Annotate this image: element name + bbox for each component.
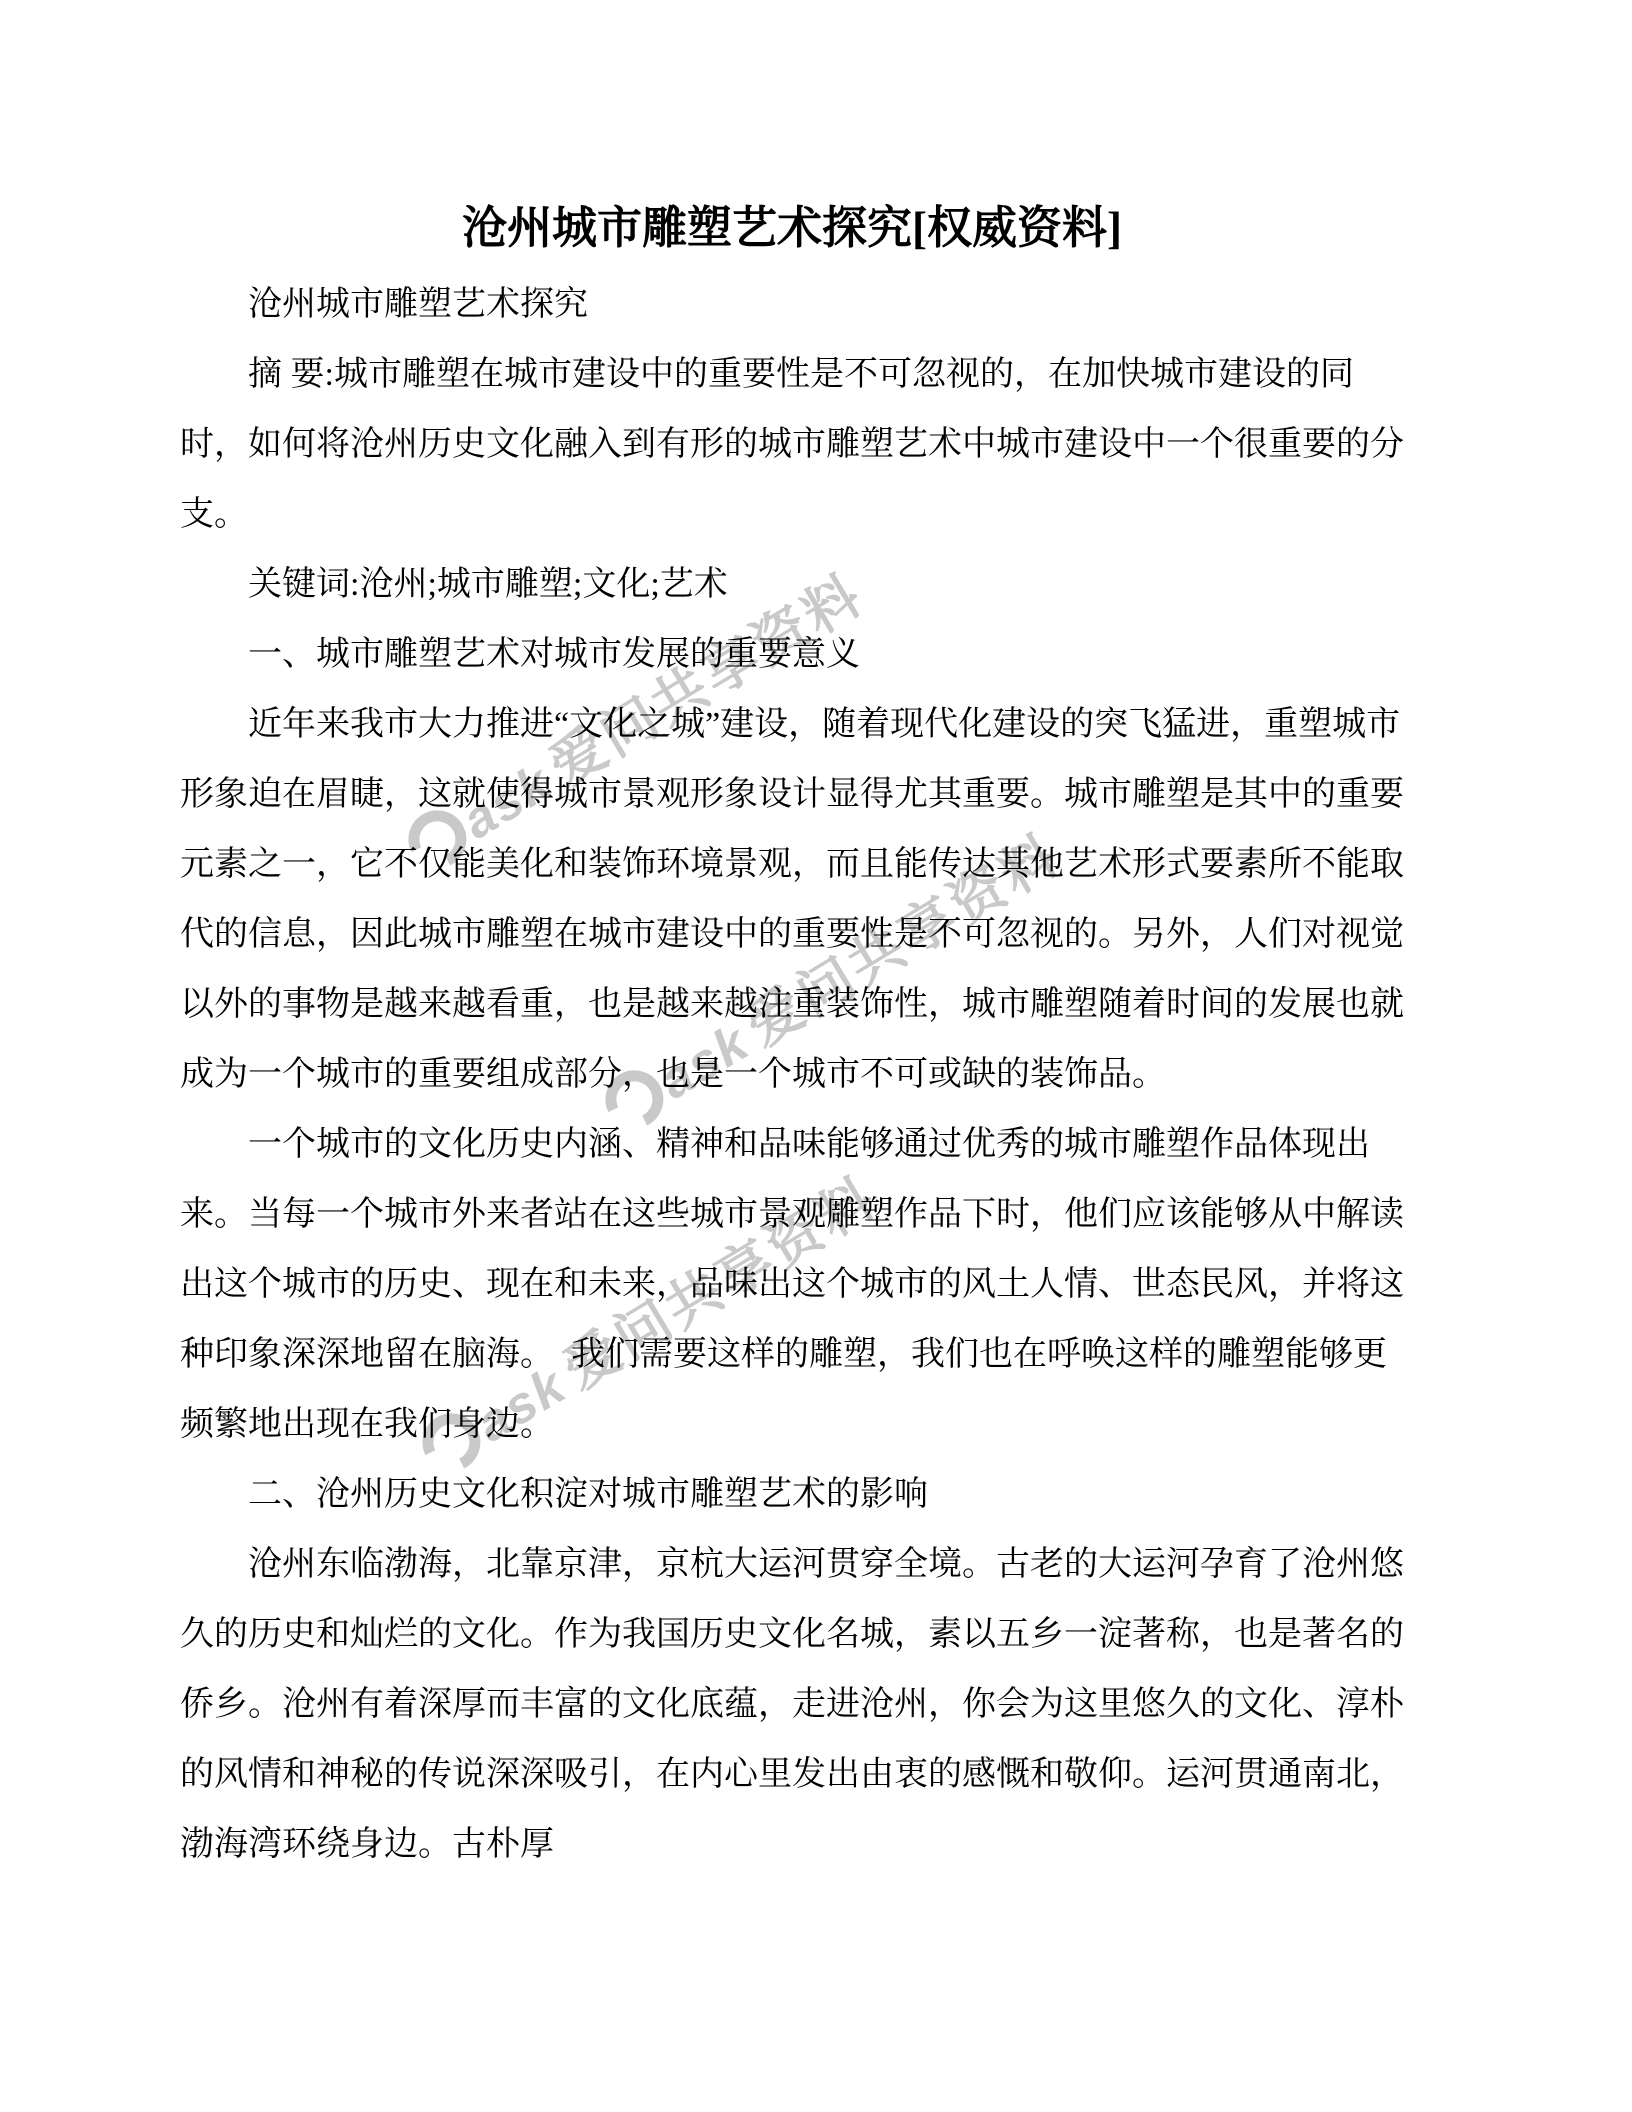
paragraph-list: 沧州城市雕塑艺术探究摘 要:城市雕塑在城市建设中的重要性是不可忽视的，在加快城市… [180,270,1404,1880]
document-page: ask 爱问共享资料 ask 爱问共享资料 ask 爱问共享资料 沧州城市雕塑艺… [0,0,1632,2112]
paragraph: 摘 要:城市雕塑在城市建设中的重要性是不可忽视的，在加快城市建设的同时，如何将沧… [180,340,1404,550]
paragraph: 一、城市雕塑艺术对城市发展的重要意义 [180,620,1404,690]
document-title: 沧州城市雕塑艺术探究[权威资料] [180,196,1404,260]
paragraph: 沧州城市雕塑艺术探究 [180,270,1404,340]
paragraph: 沧州东临渤海，北靠京津，京杭大运河贯穿全境。古老的大运河孕育了沧州悠久的历史和灿… [180,1530,1404,1880]
paragraph: 关键词:沧州;城市雕塑;文化;艺术 [180,550,1404,620]
document-content: 沧州城市雕塑艺术探究[权威资料] 沧州城市雕塑艺术探究摘 要:城市雕塑在城市建设… [180,0,1404,1880]
paragraph: 二、沧州历史文化积淀对城市雕塑艺术的影响 [180,1460,1404,1530]
paragraph: 近年来我市大力推进“文化之城”建设，随着现代化建设的突飞猛进，重塑城市形象迫在眉… [180,690,1404,1110]
paragraph: 一个城市的文化历史内涵、精神和品味能够通过优秀的城市雕塑作品体现出来。当每一个城… [180,1110,1404,1460]
